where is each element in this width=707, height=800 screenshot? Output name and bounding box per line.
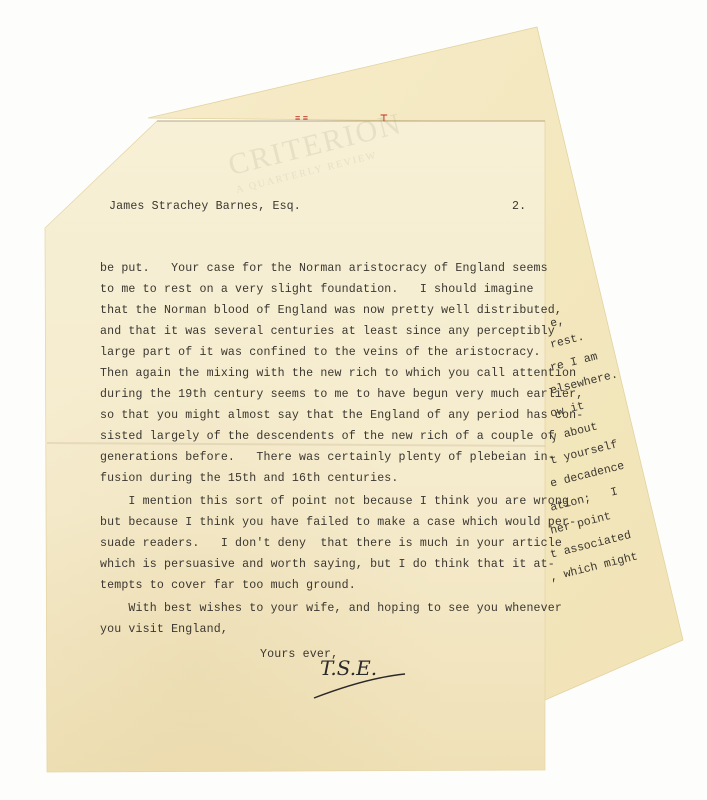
text-line: but because I think you have failed to m…	[100, 516, 576, 529]
text-line: With best wishes to your wife, and hopin…	[100, 602, 562, 615]
text-line: sisted largely of the descendents of the…	[100, 430, 555, 443]
text-line: Then again the mixing with the new rich …	[100, 367, 576, 380]
page-number: 2.	[512, 200, 526, 213]
text-line: which is persuasive and worth saying, bu…	[100, 558, 555, 571]
letter-photo: ≡ ≡ ⊤ CRITERION A QUARTERLY REVIEW e, re…	[0, 0, 707, 800]
text-line: you visit England,	[100, 623, 228, 636]
text-line: I mention this sort of point not because…	[100, 495, 569, 508]
text-line: large part of it was confined to the vei…	[100, 346, 541, 359]
text-line: and that it was several centuries at lea…	[100, 325, 555, 338]
text-line: during the 19th century seems to me to h…	[100, 388, 583, 401]
text-line: so that you might almost say that the En…	[100, 409, 583, 422]
text-line: fusion during the 15th and 16th centurie…	[100, 472, 399, 485]
text-line: generations before. There was certainly …	[100, 451, 555, 464]
text-line: to me to rest on a very slight foundatio…	[100, 283, 534, 296]
addressee: James Strachey Barnes, Esq.	[109, 200, 301, 213]
text-line: be put. Your case for the Norman aristoc…	[100, 262, 548, 275]
letterhead-red-mark: ≡ ≡	[295, 113, 308, 123]
text-line: suade readers. I don't deny that there i…	[100, 537, 562, 550]
signature: T.S.E.	[320, 656, 377, 680]
text-line: tempts to cover far too much ground.	[100, 579, 356, 592]
text-line: that the Norman blood of England was now…	[100, 304, 562, 317]
